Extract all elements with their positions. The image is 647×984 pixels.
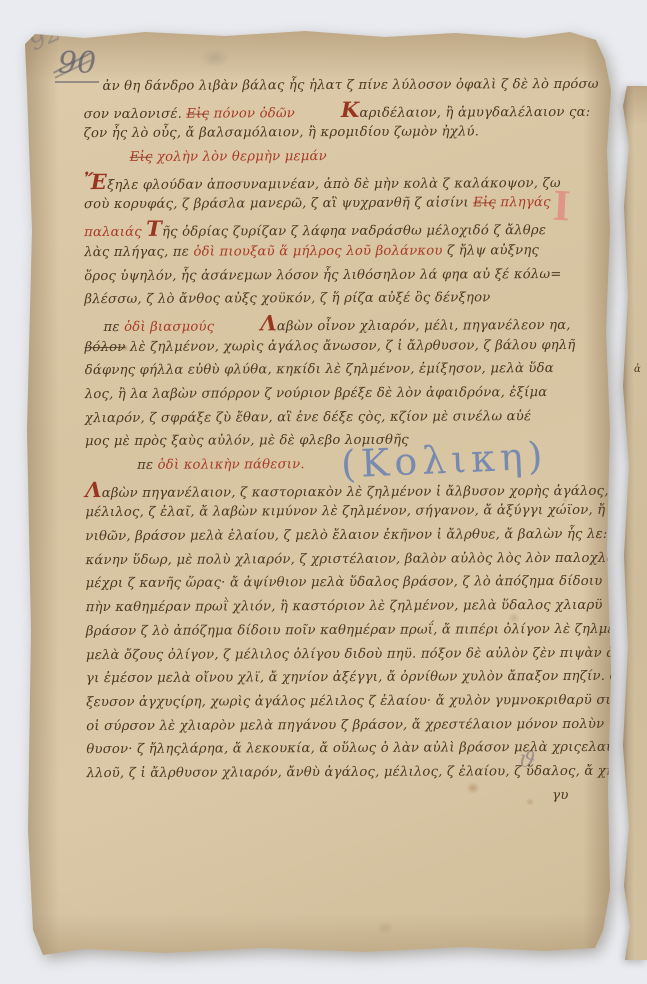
body-text: βράσον ζ λὸ ἀπόζημα δίδοιυ ποῖν καθημέρα… — [86, 622, 639, 639]
body-text: βόλον — [85, 339, 126, 354]
body-text: νιθῶν, βράσον μελὰ ἐλαίου, ζ μελὸ ἔλαιον… — [85, 527, 607, 544]
facing-page-text-fragment: ἀ — [634, 364, 641, 375]
text-line: νιθῶν, βράσον μελὰ ἐλαίου, ζ μελὸ ἔλαιον… — [85, 523, 593, 549]
manuscript-page: 92 90 I ϑ ἀν θη δάνδρο λιβὰν βάλας ἧς ἡλ… — [25, 30, 611, 955]
rubric-text: Εἰς — [186, 106, 209, 121]
text-line: πὴν καθημέραν πρωῒ χλιόν, ἢ καστόριον λὲ… — [86, 594, 594, 620]
text-line: μελὰ ὄζους ὀλίγον, ζ μέλιλος ὀλίγου διδο… — [86, 641, 594, 667]
text-line: λος, ἢ λα λαβὼν σπόρρον ζ νούριον βρέξε … — [85, 381, 593, 407]
rubric-text: Εἰς — [473, 196, 496, 211]
body-text: δάφνης φήλλα εὐθὺ φλύθα, κηκίδι λὲ ζηλμέ… — [85, 361, 554, 378]
rubric-text: ὁδὶ κολικὴν πάθεσιν. — [158, 457, 305, 473]
body-text: ὅρος ὑψηλόν, ἧς ἀσάνεμων λόσον ἧς λιθόση… — [84, 267, 561, 284]
scanner-background: 92 90 I ϑ ἀν θη δάνδρο λιβὰν βάλας ἧς ἡλ… — [0, 0, 647, 984]
body-text: βλέσσω, ζ λὸ ἄνθος αὐξς χοϋκόν, ζ ἥ ρίζα… — [84, 291, 490, 308]
text-line: βόλον λὲ ζηλμένον, χωρὶς ἀγάλος ἄνωσον, … — [85, 333, 593, 359]
body-text: γι ἐμέσον μελὰ οἴνου χλϊ, ἄ χηνίον ἀξέγγ… — [86, 669, 631, 686]
rubric-text: ὁδὶ πιουξαῦ ἅ μήλρος λοῦ βολάνκου — [193, 243, 447, 259]
body-text: χλιαρόν, ζ σφράξε ζὺ ἔθαν, αἳ ἐνε δέξε ς… — [85, 409, 531, 426]
text-line: ζον ἧς λὸ οὖς, ἄ βαλσαμόλαιον, ἢ κρομιδί… — [84, 120, 592, 146]
catchword: γυ — [87, 784, 595, 810]
text-line: ὅρος ὑψηλόν, ἧς ἀσάνεμων λόσον ἧς λιθόση… — [84, 262, 592, 288]
body-text: ξευσον ἀγχυςίρη, χωρὶς ἀγάλος μέλιλος ζ … — [86, 692, 647, 709]
body-text: ξηλε φλούδαν ἀποσυναμινέαν, ἀπὸ δὲ μὴν κ… — [107, 176, 561, 193]
facing-page-edge: ἀ — [621, 86, 647, 960]
text-line: Εἰς χολὴν λὸν θερμὴν μεμάν — [84, 144, 592, 170]
text-line: λλοῦ, ζ ἰ ἄλρθυσον χλιαρόν, ἄνθὺ ἀγάλος,… — [86, 760, 594, 786]
body-text: λὲ ζηλμένον, χωρὶς ἀγάλος ἄνωσον, ζ ἰ ἄλ… — [125, 338, 575, 355]
rubric-initial: Ἔ — [84, 169, 107, 194]
rubric-text: Εἰς — [130, 150, 153, 165]
rubric-initial: Τ — [146, 216, 162, 241]
rubric-text: πληγάς — [496, 196, 551, 211]
rubric-initial: Λ — [85, 477, 102, 502]
body-text: πε — [137, 458, 158, 473]
body-text: μέλιλος, ζ ἐλαῖ, ἄ λαβὼν κιμύνον λὲ ζηλμ… — [85, 503, 626, 520]
text-line: λὰς πλήγας, πε ὁδὶ πιουξαῦ ἅ μήλρος λοῦ … — [84, 239, 592, 265]
text-line: θυσον· ζ ἤληςλάρηα, ἄ λεκουκία, ἄ οὕλως … — [86, 736, 594, 762]
body-text: λὰς πλήγας, πε — [84, 244, 193, 259]
body-text: ἀν θη δάνδρο λιβὰν βάλας ἧς ἡλατ ζ πίνε … — [102, 77, 598, 94]
catchword-text: γυ — [552, 788, 568, 803]
rubric-text: ὁδὶ βιασμούς — [124, 319, 214, 334]
text-line: κάνην ὕδωρ, μὲ πολὺ χλιαρόν, ζ χριστέλαι… — [85, 547, 593, 573]
rubric-text: χολὴν λὸν θερμὴν μεμάν — [153, 149, 327, 165]
body-text: πὴν καθημέραν πρωῒ χλιόν, ἢ καστόριον λὲ… — [86, 598, 603, 615]
rubric-initial: Κ — [341, 97, 360, 122]
body-text: μελὰ ὄζους ὀλίγον, ζ μέλιλος ὀλίγου διδο… — [86, 645, 647, 662]
text-line: παλαιάς Τῆς ὀδρίας ζυρίζαν ζ λάφηα ναδρά… — [84, 215, 592, 241]
text-line: βλέσσω, ζ λὸ ἄνθος αὐξς χοϋκόν, ζ ἥ ρίζα… — [84, 286, 592, 312]
text-line: Λαβὼν πηγανέλαιον, ζ καστοριακὸν λὲ ζηλμ… — [85, 476, 593, 502]
rubric-text: πόνον ὀδῶν — [209, 106, 295, 121]
body-text: αβὼν οἶνον χλιαρόν, μέλι, πηγανέλεον ηα, — [277, 318, 571, 334]
text-line: πε ὁδὶ βιασμούςΛαβὼν οἶνον χλιαρόν, μέλι… — [84, 310, 592, 336]
text-line: σον ναλονισέ. Εἰς πόνον ὀδῶνΚαριδέλαιον,… — [84, 97, 592, 123]
text-line: Ἔξηλε φλούδαν ἀποσυναμινέαν, ἀπὸ δὲ μὴν … — [84, 168, 592, 194]
text-line: χλιαρόν, ζ σφράξε ζὺ ἔθαν, αἳ ἐνε δέξε ς… — [85, 405, 593, 431]
text-line: βράσον ζ λὸ ἀπόζημα δίδοιυ ποῖν καθημέρα… — [86, 618, 594, 644]
rubric-initial: Λ — [260, 310, 277, 335]
blue-graffito-annotation: (Κολικη) — [340, 434, 548, 487]
body-text: σοὺ κορυφάς, ζ βράσλα μανερῶ, ζ αἳ ψυχρα… — [84, 196, 473, 213]
body-text: κάνην ὕδωρ, μὲ πολὺ χλιαρόν, ζ χριστέλαι… — [85, 551, 615, 568]
text-line: ξευσον ἀγχυςίρη, χωρὶς ἀγάλος μέλιλος ζ … — [86, 689, 594, 715]
body-text: ῆς ὀδρίας ζυρίζαν ζ λάφηα ναδράσθω μέλοχ… — [162, 223, 546, 240]
text-line: μέχρι ζ κανῆς ὥρας· ἄ ἀψίνθιον μελὰ ὕδαλ… — [86, 570, 594, 596]
body-text: θυσον· ζ ἤληςλάρηα, ἄ λεκουκία, ἄ οὕλως … — [86, 740, 635, 757]
body-text: αριδέλαιον, ἢ ἀμυγδαλέλαιον ςα: — [359, 105, 590, 121]
body-text: πε — [103, 320, 124, 335]
body-text: ζον ἧς λὸ οὖς, ἄ βαλσαμόλαιον, ἢ κρομιδί… — [84, 125, 480, 142]
body-text: οἱ σύρσον λὲ χλιαρὸν μελὰ πηγάνου ζ βράσ… — [86, 716, 644, 733]
body-text: μέχρι ζ κανῆς ὥρας· ἄ ἀψίνθιον μελὰ ὕδαλ… — [86, 574, 603, 591]
body-text: ζ ἤλψ αὐξνης — [447, 243, 539, 258]
text-line: δάφνης φήλλα εὐθὺ φλύθα, κηκίδι λὲ ζηλμέ… — [85, 357, 593, 383]
text-line: γι ἐμέσον μελὰ οἴνου χλϊ, ἄ χηνίον ἀξέγγ… — [86, 665, 594, 691]
body-text: αβὼν πηγανέλαιον, ζ καστοριακὸν λὲ ζηλμέ… — [102, 483, 621, 500]
text-line: σοὺ κορυφάς, ζ βράσλα μανερῶ, ζ αἳ ψυχρα… — [84, 191, 592, 217]
body-text: λλοῦ, ζ ἰ ἄλρθυσον χλιαρόν, ἄνθὺ ἀγάλος,… — [86, 764, 647, 781]
body-text: σον ναλονισέ. — [84, 106, 187, 121]
body-text: λος, ἢ λα λαβὼν σπόρρον ζ νούριον βρέξε … — [85, 385, 548, 402]
text-line: ἀν θη δάνδρο λιβὰν βάλας ἧς ἡλατ ζ πίνε … — [83, 73, 591, 99]
rubric-text: παλαιάς — [84, 225, 146, 240]
text-line: οἱ σύρσον λὲ χλιαρὸν μελὰ πηγάνου ζ βράσ… — [86, 712, 594, 738]
text-line: μέλιλος, ζ ἐλαῖ, ἄ λαβὼν κιμύνον λὲ ζηλμ… — [85, 499, 593, 525]
